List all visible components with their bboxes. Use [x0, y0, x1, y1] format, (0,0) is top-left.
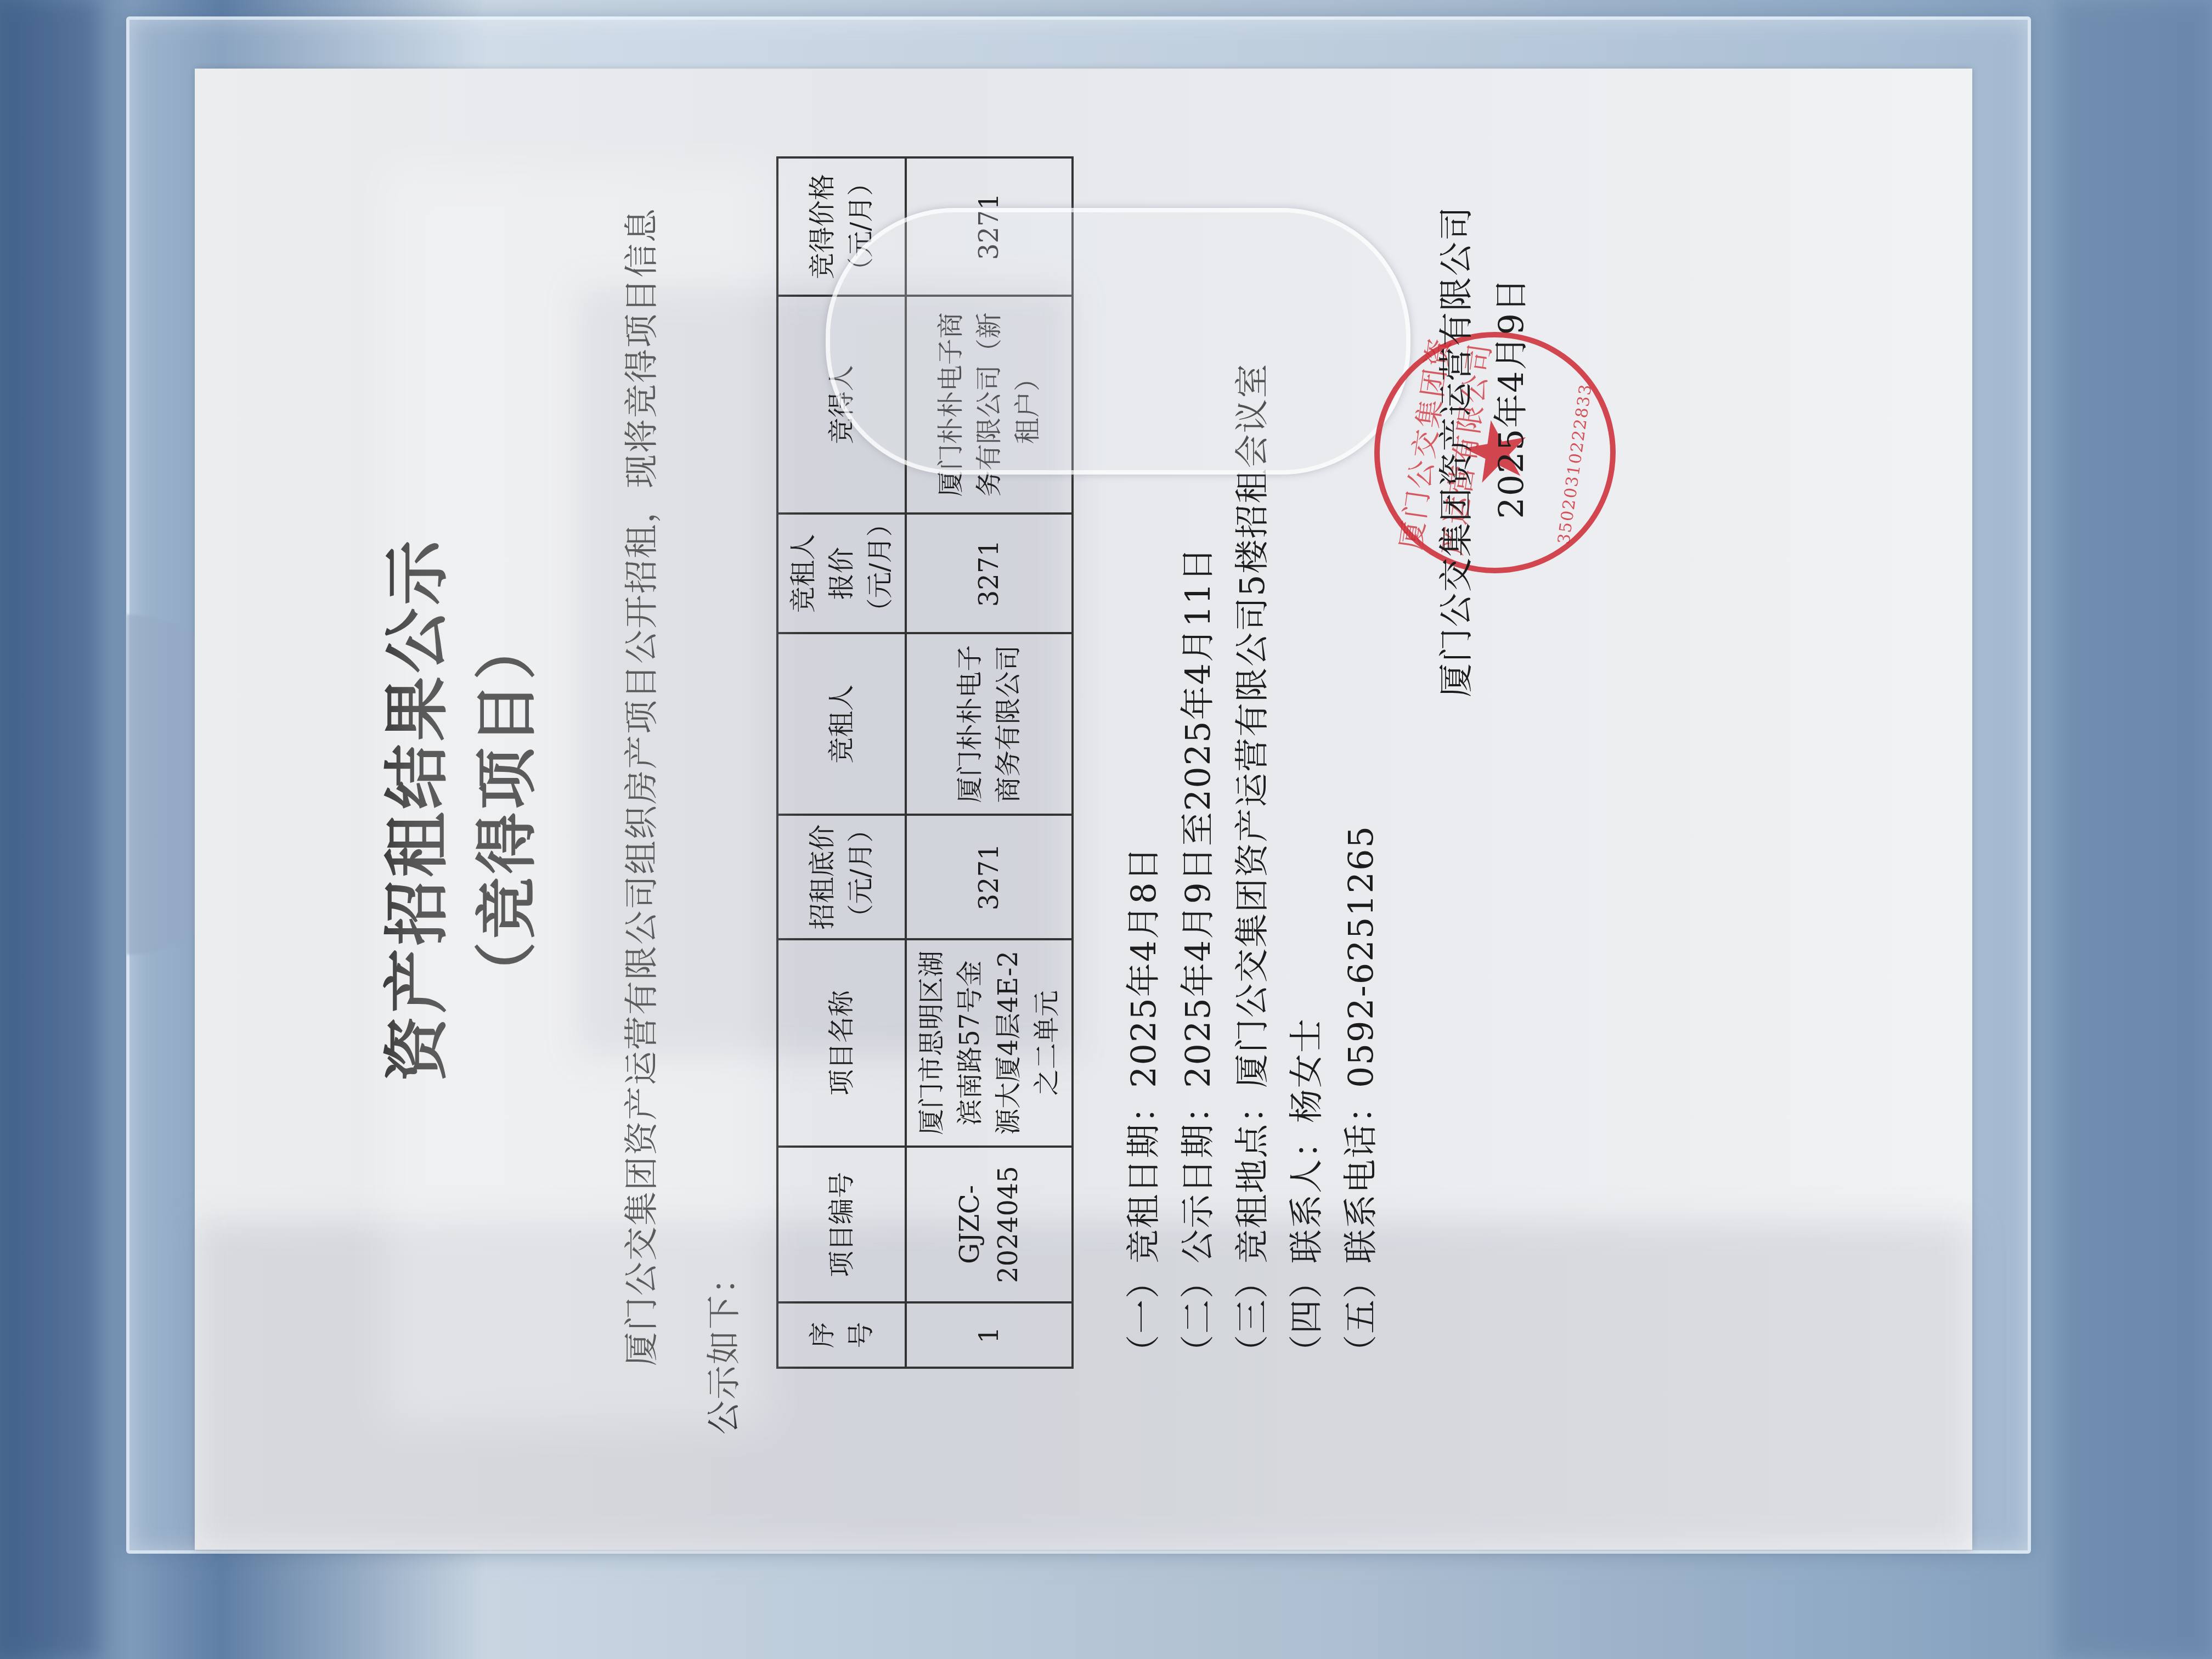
info-bid-location: （三）竞租地点：厦门公交集团资产运营有限公司5楼招租会议室	[1225, 363, 1279, 1369]
notice-paper: 资产招租结果公示 （竞得项目） 厦门公交集团资产运营有限公司组织房产项目公开招租…	[195, 69, 1972, 1550]
info-notice-period: （二）公示日期：2025年4月9日至2025年4月11日	[1171, 363, 1225, 1369]
info-label: （五）联系电话：	[1341, 1088, 1381, 1369]
info-value: 杨女士	[1286, 1018, 1327, 1123]
info-value: 2025年4月9日至2025年4月11日	[1178, 546, 1218, 1088]
signature-company: 厦门公交集团资产运营有限公司	[1429, 206, 1484, 697]
page-subtitle: （竞得项目）	[458, 69, 546, 1550]
info-bid-date: （一）竞租日期：2025年4月8日	[1116, 363, 1171, 1369]
cell-seq: 1	[906, 1302, 1073, 1368]
header-project-name: 项目名称	[777, 939, 906, 1147]
header-project-code: 项目编号	[777, 1147, 906, 1302]
cell-bid-price: 3271	[906, 513, 1073, 634]
info-contact-phone: （五）联系电话：0592-6251265	[1334, 363, 1388, 1369]
background-window-frame	[2057, 0, 2212, 1659]
background-window-frame	[0, 0, 99, 1659]
info-value: 2025年4月8日	[1124, 846, 1164, 1088]
info-label: （一）竞租日期：	[1124, 1088, 1164, 1369]
info-label: （三）竞租地点：	[1232, 1088, 1272, 1369]
info-contact-person: （四）联系人：杨女士	[1279, 363, 1334, 1369]
header-bidder: 竞租人	[777, 633, 906, 815]
cell-project-code: GJZC-2024045	[906, 1147, 1073, 1302]
signature-block: 厦门公交集团资产运营有限公司 2025年4月9日	[1429, 206, 1539, 697]
info-label: （四）联系人：	[1286, 1123, 1327, 1369]
info-list: （一）竞租日期：2025年4月8日 （二）公示日期：2025年4月9日至2025…	[1116, 363, 1388, 1369]
cell-floor-price: 3271	[906, 815, 1073, 939]
page-title: 资产招租结果公示	[376, 69, 458, 1550]
info-label: （二）公示日期：	[1178, 1088, 1218, 1369]
seal-code: 35020310222833	[1550, 348, 1601, 579]
header-seq: 序号	[777, 1302, 906, 1368]
cell-bidder: 厦门朴朴电子商务有限公司	[906, 633, 1073, 815]
intro-paragraph: 厦门公交集团资产运营有限公司组织房产项目公开招租，现将竞得项目信息公示如下：	[601, 178, 765, 1435]
header-floor-price: 招租底价（元/月）	[777, 815, 906, 939]
info-value: 0592-6251265	[1341, 825, 1381, 1088]
signature-date: 2025年4月9日	[1484, 277, 1539, 697]
holder-oval-cutout	[826, 208, 1410, 475]
cell-project-name: 厦门市思明区湖滨南路57号金源大厦4层4E-2之二单元	[906, 939, 1073, 1147]
header-bid-price: 竞租人报价（元/月）	[777, 513, 906, 634]
